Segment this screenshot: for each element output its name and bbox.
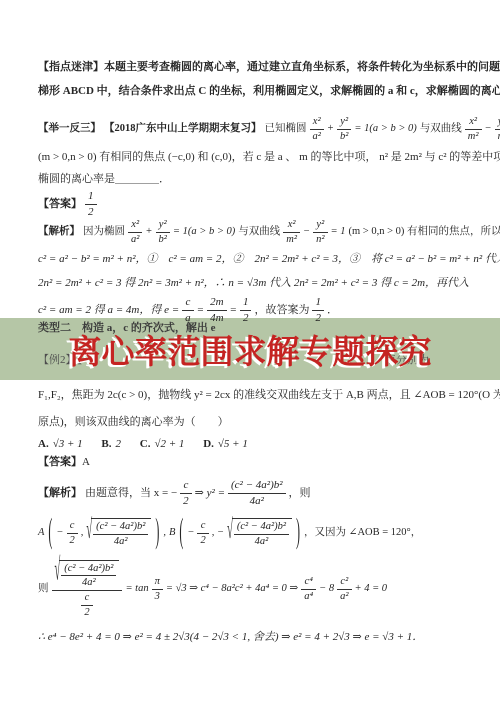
fraction-x2m2: x²m² [283, 219, 300, 245]
ellipse-condition: = 1(a > b > 0) [173, 225, 235, 239]
problem1-line-2: (m > 0,n > 0) 有相同的焦点 (−c,0) 和 (c,0)，若 c … [38, 150, 478, 164]
solution2-line-3: 则 √(c² − 4a²)b²4a² c2 = tan π3 = √3 ⇒ c⁴… [38, 556, 478, 622]
fraction-c2: c2 [180, 479, 192, 506]
example2-line-2: F₁,F₂，焦距为 2c(c > 0)，抛物线 y² = 2cx 的准线交双曲线… [38, 388, 478, 402]
solution1-lead: 因为椭圆 [83, 225, 125, 239]
guide-text-1: 本题主要考查椭圆的离心率，通过建立直角坐标系，将条件转化为坐标系中的问题，在等腰 [104, 61, 500, 73]
fraction-y2n2: y²n² [313, 219, 327, 245]
fraction-c2: c2 [197, 520, 208, 546]
watermark-title: 离心率范围求解专题探究 [0, 332, 500, 372]
point-b: B [169, 526, 175, 540]
radical-icon: √ [86, 519, 92, 546]
solution2-label: 【解析】 [38, 486, 82, 500]
fraction-x2m2: x²m² [465, 116, 482, 142]
option-d: D.√5 + 1 [203, 438, 248, 450]
solution1-line-1: 【解析】因为椭圆 x²a² + y²b² = 1(a > b > 0) 与双曲线… [38, 215, 478, 249]
left-paren: ( [178, 510, 184, 555]
fraction-c2: c2 [67, 520, 78, 546]
radical-icon: √ [227, 519, 233, 546]
fraction-ca: ca [182, 296, 194, 323]
problem1-mid: 与双曲线 [420, 122, 462, 136]
problem1-line-1: 【举一反三】【2018广东中山上学期期末复习】已知椭圆 x²a² + y²b² … [38, 112, 478, 146]
option-a: A.√3 + 1 [38, 438, 83, 450]
minus-sign: − [485, 122, 492, 136]
sqrt-expression: √(c² − 4a²)b²4a² [55, 560, 120, 589]
guide-label: 【指点迷津】 [38, 61, 104, 73]
solution1-label: 【解析】 [38, 225, 80, 239]
fraction-2m4m: 2m4m [207, 296, 226, 323]
example2-line-3: 原点)，则该双曲线的离心率为（ ） [38, 415, 478, 429]
option-c: C.√2 + 1 [140, 438, 185, 450]
fraction-12: 12 [240, 296, 252, 323]
problem1-line-3: 椭圆的离心率是＿＿＿＿． [38, 172, 478, 186]
plus-sign: + [145, 225, 152, 239]
solution1-line-3: 2n² = 2m² + c² = 3 得 2n² = 3m² + n²，∴ n … [38, 276, 478, 290]
answer-blank: 椭圆的离心率是＿＿＿＿． [38, 173, 170, 185]
guide-line-1: 【指点迷津】本题主要考查椭圆的离心率，通过建立直角坐标系，将条件转化为坐标系中的… [38, 60, 478, 74]
solution1-line-4: c² = am = 2 得 a = 4m，得 e = ca = 2m4m = 1… [38, 296, 478, 324]
fraction-y2b2: y²b² [337, 116, 351, 142]
plus-sign: + [327, 122, 334, 136]
fraction-pi3: π3 [152, 576, 163, 602]
ellipse-condition: = 1(a > b > 0) [354, 122, 416, 136]
problem1-source: 【2018广东中山上学期期末复习】 [104, 122, 262, 136]
problem1-lead: 已知椭圆 [265, 122, 307, 136]
guide-text-2: 梯形 ABCD 中，结合条件求出点 C 的坐标，利用椭圆定义，求解椭圆的 a 和… [38, 85, 500, 97]
fraction-x2a2: x²a² [128, 219, 142, 245]
fraction-c4a4: c⁴a⁴ [301, 576, 316, 602]
answer2-value: A [82, 456, 90, 468]
answer1-line: 【答案】 12 [38, 190, 478, 218]
fraction-12: 12 [312, 296, 324, 323]
right-paren: ) [154, 510, 160, 555]
hyperbola-eq: = 1 [331, 225, 346, 239]
left-paren: ( [47, 510, 53, 555]
section-label-juyifansan: 【举一反三】 [38, 122, 101, 136]
guide-line-2: 梯形 ABCD 中，结合条件求出点 C 的坐标，利用椭圆定义，求解椭圆的 a 和… [38, 84, 478, 98]
sqrt-expression: √(c² − 4a²)b²4a² [227, 518, 292, 547]
minus-sign: − [303, 225, 310, 239]
fraction-y2b2: y²b² [156, 219, 170, 245]
solution1-line-2: c² = a² − b² = m² + n²，① c² = am = 2，② 2… [38, 252, 478, 266]
fraction-big: (c² − 4a²)b²4a² [228, 479, 286, 506]
solution2-line-2: A ( − c2 , √(c² − 4a²)b²4a² ) , B ( − c2… [38, 510, 478, 556]
sqrt-expression: √(c² − 4a²)b²4a² [86, 518, 151, 547]
big-nested-fraction: √(c² − 4a²)b²4a² c2 [52, 560, 123, 618]
solution1-tail: (m > 0,n > 0) 有相同的焦点，所以 [348, 225, 500, 239]
answer2-label: 【答案】 [38, 456, 82, 468]
solution2-line-4: ∴ e⁴ − 8e² + 4 = 0 ⇒ e² = 4 ± 2√3(4 − 2√… [38, 630, 478, 644]
document-page: 【指点迷津】本题主要考查椭圆的离心率，通过建立直角坐标系，将条件转化为坐标系中的… [0, 0, 500, 707]
fraction-x2a2: x²a² [310, 116, 324, 142]
fraction-c2a2: c²a² [337, 576, 351, 602]
fraction-y2n2: y²n² [495, 116, 500, 142]
radical-icon: √ [55, 559, 61, 591]
answer2-line: 【答案】A [38, 455, 478, 469]
right-paren: ) [295, 510, 301, 555]
point-a: A [38, 526, 44, 540]
solution1-mid: 与双曲线 [238, 225, 280, 239]
answer1-fraction: 12 [85, 190, 97, 217]
fraction-c2: c2 [81, 592, 92, 618]
option-b: B.2 [101, 438, 121, 450]
options-row: A.√3 + 1 B.2 C.√2 + 1 D.√5 + 1 [38, 437, 478, 451]
answer1-label: 【答案】 [38, 197, 82, 211]
solution2-line-1: 【解析】 由题意得，当 x = − c2 ⇒ y² = (c² − 4a²)b²… [38, 474, 478, 512]
